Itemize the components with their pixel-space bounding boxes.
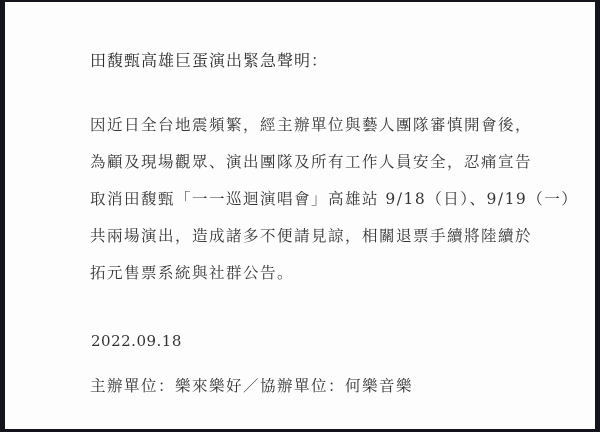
document-photo: 田馥甄高雄巨蛋演出緊急聲明： 因近日全台地震頻繁，經主辦單位與藝人團隊審慎開會後… (0, 0, 600, 432)
body-line: 因近日全台地震頻繁，經主辦單位與藝人團隊審慎開會後， (90, 107, 595, 144)
statement-title: 田馥甄高雄巨蛋演出緊急聲明： (90, 48, 595, 71)
body-line: 拓元售票系統與社群公告。 (90, 255, 595, 292)
body-line: 取消田馥甄「一一巡迴演唱會」高雄站 9/18（日）、9/19（一） (90, 181, 595, 218)
statement-body: 因近日全台地震頻繁，經主辦單位與藝人團隊審慎開會後， 為顧及現場觀眾、演出團隊及… (90, 107, 595, 292)
body-line: 共兩場演出，造成諸多不便請見諒，相關退票手續將陸續於 (90, 218, 595, 255)
organizer-line: 主辦單位：樂來樂好／協辦單位：何樂音樂 (90, 374, 595, 396)
statement-date: 2022.09.18 (91, 332, 595, 350)
body-line: 為顧及現場觀眾、演出團隊及所有工作人員安全，忍痛宣告 (90, 144, 595, 181)
statement-page: 田馥甄高雄巨蛋演出緊急聲明： 因近日全台地震頻繁，經主辦單位與藝人團隊審慎開會後… (5, 2, 595, 429)
